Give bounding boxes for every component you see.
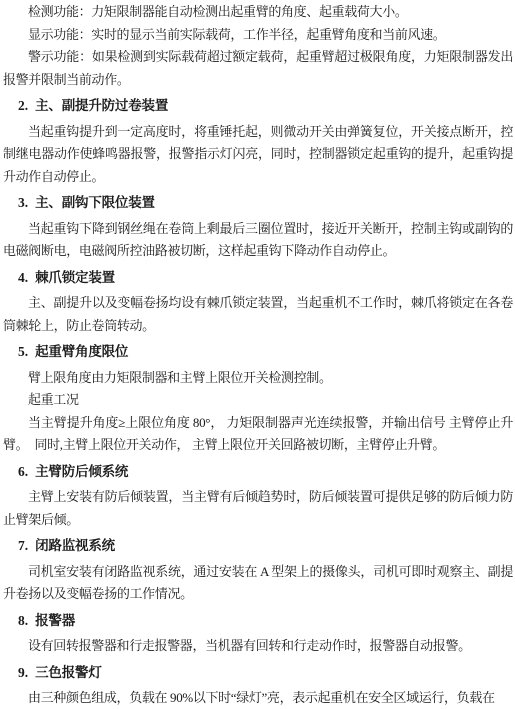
section-number: 4. [18, 267, 28, 290]
paragraph: 显示功能：实时的显示当前实际载荷，工作半径，起重臂角度和当前风速。 [3, 24, 513, 47]
section-number: 6. [18, 461, 28, 484]
paragraph: 当起重钩下降到钢丝绳在卷筒上剩最后三圈位置时，接近开关断开，控制主钩或副钩的电磁… [3, 218, 513, 263]
paragraph: 当起重钩提升到一定高度时，将重锤托起，则微动开关由弹簧复位，开关接点断开，控制继… [3, 121, 513, 189]
section-heading: 5.起重臂角度限位 [3, 341, 513, 364]
section-number: 5. [18, 341, 28, 364]
section-title: 闭路监视系统 [35, 538, 115, 553]
section-title: 起重臂角度限位 [35, 344, 128, 359]
section-heading: 4.棘爪锁定装置 [3, 267, 513, 290]
section-number: 9. [18, 662, 28, 685]
paragraph: 臂上限角度由力矩限制器和主臂上限位开关检测控制。 [3, 367, 513, 390]
paragraph: 司机室安装有闭路监视系统，通过安装在 A 型架上的摄像头，司机可即时观察主、副提… [3, 561, 513, 606]
paragraph: 设有回转报警器和行走报警器，当机器有回转和行走动作时，报警器自动报警。 [3, 635, 513, 658]
section-heading: 8.报警器 [3, 610, 513, 633]
paragraph: 主、副提升以及变幅卷扬均设有棘爪锁定装置，当起重机不工作时，棘爪将锁定在各卷筒棘… [3, 292, 513, 337]
section-heading: 7.闭路监视系统 [3, 535, 513, 558]
section-title: 主臂防后倾系统 [35, 464, 128, 479]
section-title: 主、副钩下限位装置 [35, 195, 155, 210]
paragraph: 检测功能：力矩限制器能自动检测出起重臂的角度、起重载荷大小。 [3, 1, 513, 24]
section-heading: 9.三色报警灯 [3, 662, 513, 685]
section-title: 三色报警灯 [35, 665, 102, 680]
paragraph: 警示功能：如果检测到实际载荷超过额定载荷，起重臂超过极限角度，力矩限制器发出报警… [3, 46, 513, 91]
section-title: 报警器 [35, 613, 75, 628]
section-number: 3. [18, 192, 28, 215]
section-number: 2. [18, 95, 28, 118]
document-page: 检测功能：力矩限制器能自动检测出起重臂的角度、起重载荷大小。显示功能：实时的显示… [0, 0, 515, 709]
paragraph: 起重工况 [3, 389, 513, 412]
paragraph: 由三种颜色组成，负载在 90%以下时“绿灯”亮，表示起重机在安全区域运行，负载在 [3, 687, 513, 709]
section-heading: 2.主、副提升防过卷装置 [3, 95, 513, 118]
section-title: 主、副提升防过卷装置 [35, 98, 168, 113]
section-heading: 6.主臂防后倾系统 [3, 461, 513, 484]
document-body: 检测功能：力矩限制器能自动检测出起重臂的角度、起重载荷大小。显示功能：实时的显示… [3, 1, 513, 709]
paragraph: 当主臂提升角度≥上限位角度 80°， 力矩限制器声光连续报警，并输出信号 主臂停… [3, 412, 513, 457]
section-number: 7. [18, 535, 28, 558]
section-title: 棘爪锁定装置 [35, 270, 115, 285]
paragraph: 主臂上安装有防后倾装置，当主臂有后倾趋势时，防后倾装置可提供足够的防后倾力防止臂… [3, 486, 513, 531]
section-heading: 3.主、副钩下限位装置 [3, 192, 513, 215]
section-number: 8. [18, 610, 28, 633]
